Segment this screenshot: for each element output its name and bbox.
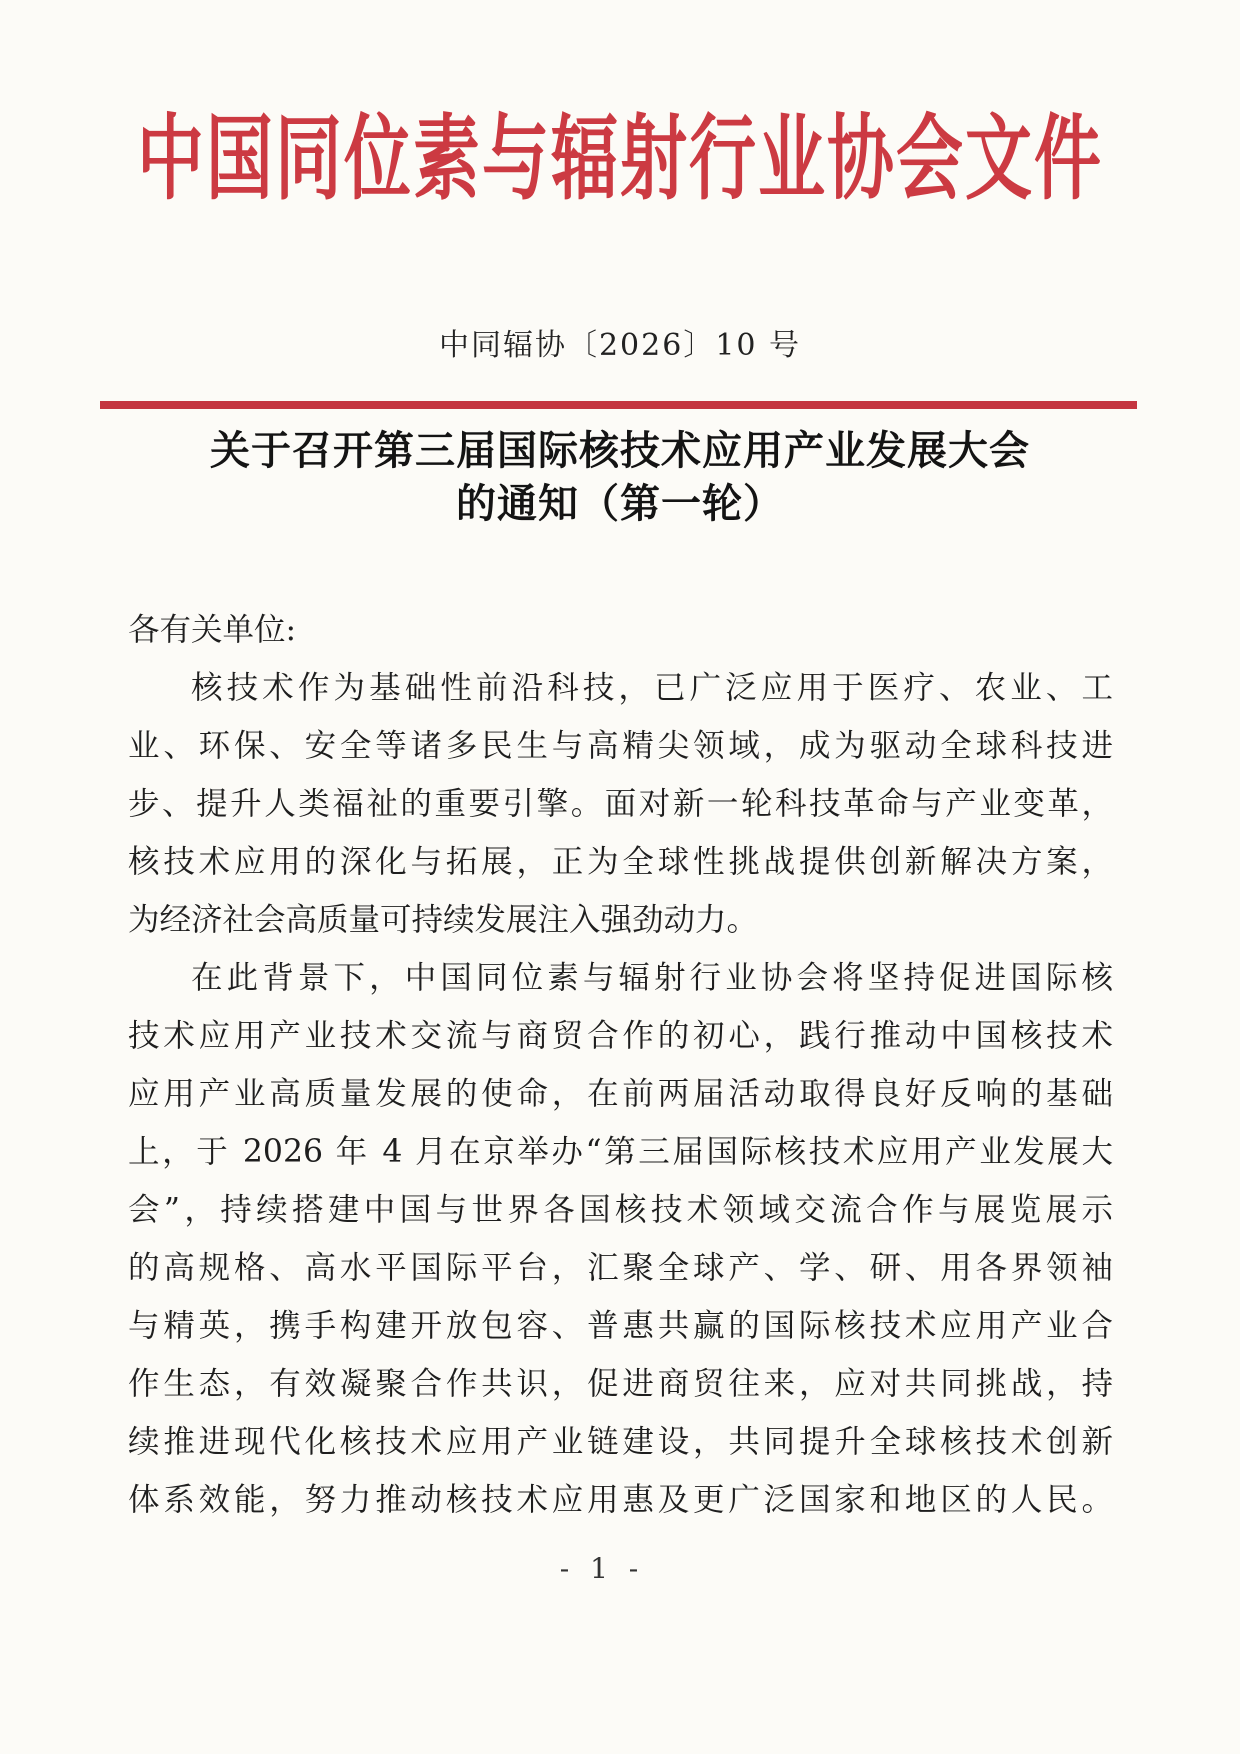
body-line: 为经济社会高质量可持续发展注入强劲动力。 [128, 891, 1113, 949]
paragraphs: 核技术作为基础性前沿科技，已广泛应用于医疗、农业、工业、环保、安全等诸多民生与高… [128, 659, 1113, 1529]
paragraph: 核技术作为基础性前沿科技，已广泛应用于医疗、农业、工业、环保、安全等诸多民生与高… [128, 659, 1113, 949]
body-line: 业、环保、安全等诸多民生与高精尖领域，成为驱动全球科技进 [128, 717, 1113, 775]
body-line: 上，于 2026 年 4 月在京举办“第三届国际核技术应用产业发展大 [128, 1123, 1113, 1181]
body-line: 核技术应用的深化与拓展，正为全球性挑战提供创新解决方案， [128, 833, 1113, 891]
body-line: 作生态，有效凝聚合作共识，促进商贸往来，应对共同挑战，持 [128, 1355, 1113, 1413]
document-page: 中国同位素与辐射行业协会文件 中同辐协〔2026〕10 号 关于召开第三届国际核… [0, 0, 1240, 1754]
body-text: 各有关单位: 核技术作为基础性前沿科技，已广泛应用于医疗、农业、工业、环保、安全… [128, 601, 1113, 1529]
document-title-line2: 的通知（第一轮） [456, 480, 784, 527]
body-line: 核技术作为基础性前沿科技，已广泛应用于医疗、农业、工 [128, 659, 1113, 717]
body-line: 步、提升人类福祉的重要引擎。面对新一轮科技革命与产业变革， [128, 775, 1113, 833]
body-line: 续推进现代化核技术应用产业链建设，共同提升全球核技术创新 [128, 1413, 1113, 1471]
body-line: 的高规格、高水平国际平台，汇聚全球产、学、研、用各界领袖 [128, 1239, 1113, 1297]
body-line: 会”，持续搭建中国与世界各国核技术领域交流合作与展览展示 [128, 1181, 1113, 1239]
document-number: 中同辐协〔2026〕10 号 [0, 320, 1240, 364]
document-title: 关于召开第三届国际核技术应用产业发展大会 的通知（第一轮） [70, 424, 1170, 530]
body-line: 技术应用产业技术交流与商贸合作的初心，践行推动中国核技术 [128, 1007, 1113, 1065]
document-title-line1: 关于召开第三届国际核技术应用产业发展大会 [210, 427, 1030, 474]
red-divider-line [100, 401, 1137, 409]
letterhead-title: 中国同位素与辐射行业协会文件 [137, 112, 1103, 204]
body-line: 应用产业高质量发展的使命，在前两届活动取得良好反响的基础 [128, 1065, 1113, 1123]
body-line: 在此背景下，中国同位素与辐射行业协会将坚持促进国际核 [128, 949, 1113, 1007]
body-line: 与精英，携手构建开放包容、普惠共赢的国际核技术应用产业合 [128, 1297, 1113, 1355]
letterhead: 中国同位素与辐射行业协会文件 [0, 112, 1240, 179]
paragraph: 在此背景下，中国同位素与辐射行业协会将坚持促进国际核技术应用产业技术交流与商贸合… [128, 949, 1113, 1529]
salutation: 各有关单位: [128, 601, 1113, 659]
body-line: 体系效能，努力推动核技术应用惠及更广泛国家和地区的人民。 [128, 1471, 1113, 1529]
page-number: - 1 - [0, 1552, 1222, 1585]
